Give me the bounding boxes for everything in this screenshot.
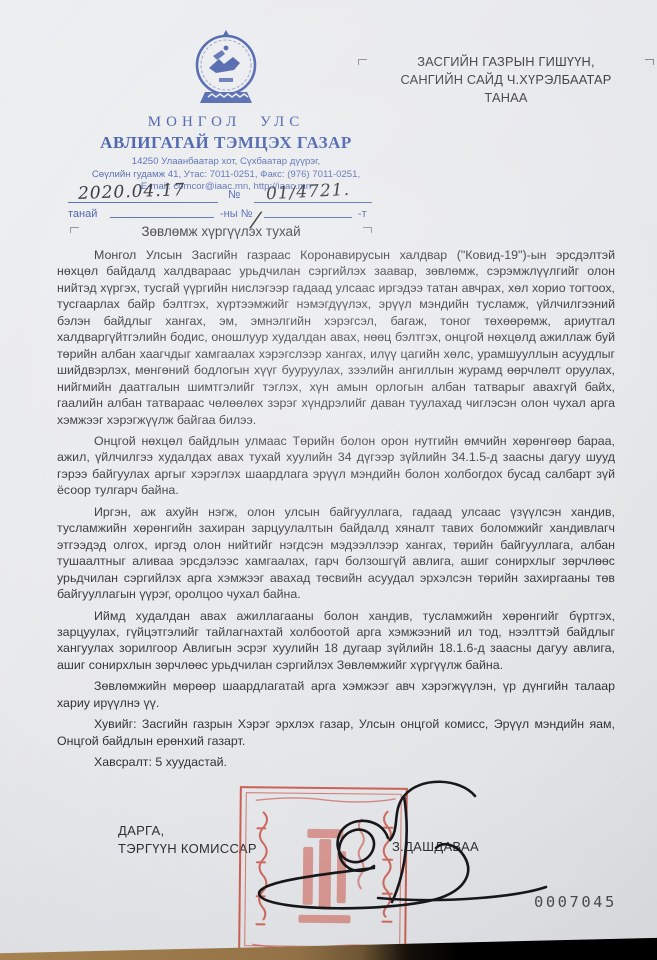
your-ref-blank-2 [264,217,352,218]
letterhead: МОНГОЛ УЛС АВЛИГАТАЙ ТЭМЦЭХ ГАЗАР 14250 … [38,26,414,194]
country-name: МОНГОЛ УЛС [38,114,414,131]
letter-body: Монгол Улсын Засгийн газраас Коронавирус… [57,247,615,776]
serial-number: 0007045 [534,893,617,911]
recipient-block: ЗАСГИЙН ГАЗРЫН ГИШҮҮН, САНГИЙН САЙД Ч.ХҮ… [360,53,652,107]
paragraph-attachment: Хавсралт: 5 хуудастай. [57,754,615,770]
agency-name: АВЛИГАТАЙ ТЭМЦЭХ ГАЗАР [38,133,414,153]
stamp-mongolian-script [240,788,410,956]
paragraph-copies: Хувийг: Засгийн газрын Хэрэг эрхлэх газа… [57,716,615,749]
recipient-line-1: ЗАСГИЙН ГАЗРЫН ГИШҮҮН, [360,53,652,71]
signer-title-line-1: ДАРГА, [118,822,257,840]
your-ref-blank-1 [110,217,214,218]
t-label: -т [358,208,367,220]
signer-title-line-2: ТЭРГҮҮН КОМИССАР [118,840,257,858]
official-stamp [238,786,408,954]
your-label: танай [68,208,97,220]
subject-text: Зөвлөмж хүргүүлэх тухай [141,224,300,239]
paragraph-procurement-law: Онцгой нөхцөл байдлын улмаас Төрийн боло… [57,433,615,499]
scanned-letter-photo: МОНГОЛ УЛС АВЛИГАТАЙ ТЭМЦЭХ ГАЗАР 14250 … [0,0,657,960]
paragraph-request-reply: Зөвлөмжийн мөрөөр шаардлагатай арга хэмж… [57,678,615,711]
corner-mark-right [645,59,654,65]
address-line-1: 14250 Улаанбаатар хот, Сүхбаатар дүүрэг, [38,156,414,169]
recipient-line-2: САНГИЙН САЙД Ч.ХҮРЭЛБААТАР [360,71,652,89]
corner-mark-left [358,59,367,65]
corner-mark-right [363,227,372,233]
subject-line: Зөвлөмж хүргүүлэх тухай [70,224,372,239]
handwritten-ref-number: 01/4721. [266,180,351,204]
mongolia-state-emblem-icon [183,26,269,110]
address-line-2: Сөүлийн гудамж 41, Утас: 7011-0251, Факс… [38,169,414,182]
reference-block: 2020.04.17 № 01/4721. танай -ны № / -т [68,181,372,223]
paragraph-donations-oversight: Иргэн, аж ахуйн нэгж, олон улсын байгуул… [57,504,615,603]
ny-no-label: -ны № [220,208,253,220]
your-reference-row: танай -ны № / -т [68,205,372,223]
date-number-row: 2020.04.17 № 01/4721. [68,181,372,205]
signer-title: ДАРГА, ТЭРГҮҮН КОМИССАР [118,822,257,857]
recipient-line-3: ТАНАА [360,89,652,107]
handwritten-date: 2020.04.17 [78,180,186,204]
paragraph-recommendation-basis: Иймд худалдан авах ажиллагааны болон хан… [57,608,615,674]
letter-paper: МОНГОЛ УЛС АВЛИГАТАЙ ТЭМЦЭХ ГАЗАР 14250 … [0,0,657,960]
number-sign: № [228,189,240,201]
corner-mark-left [70,227,79,233]
paragraph-covid-measures: Монгол Улсын Засгийн газраас Коронавирус… [57,247,615,428]
